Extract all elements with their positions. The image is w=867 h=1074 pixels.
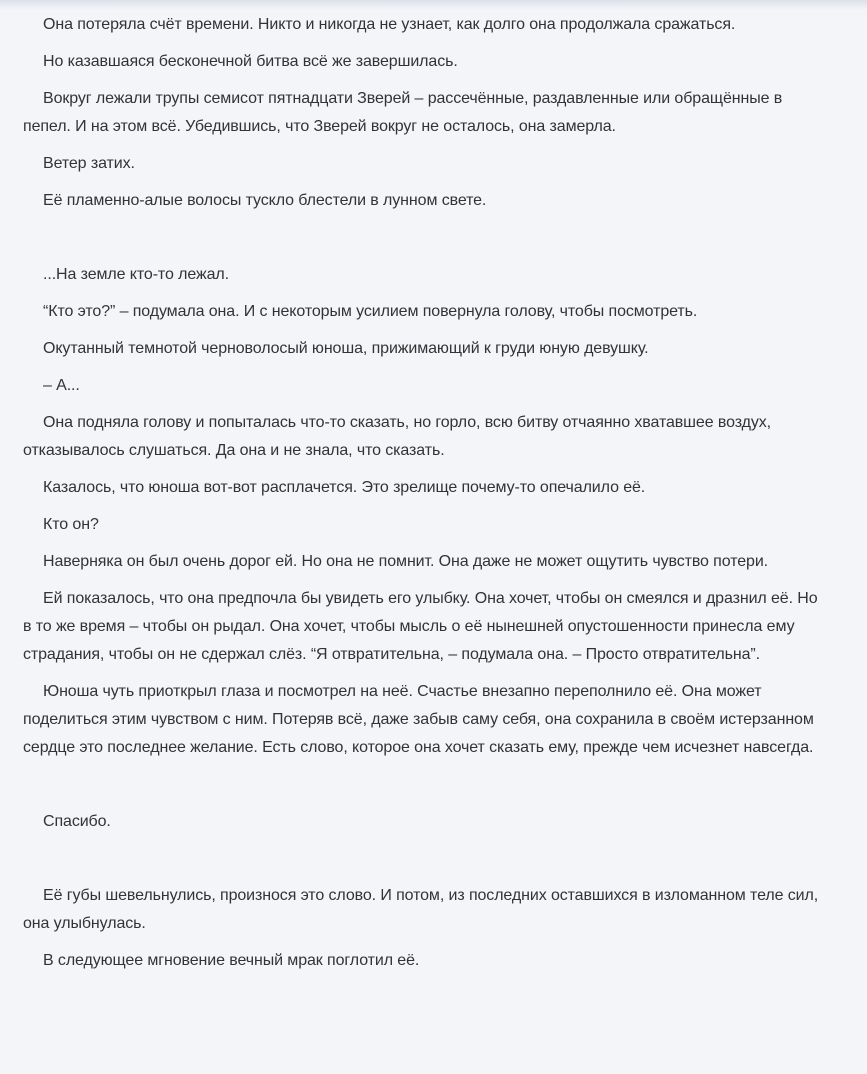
paragraph: Ей показалось, что она предпочла бы увид… [23,585,823,669]
paragraph: Ветер затих. [23,150,823,178]
paragraph: Её губы шевельнулись, произнося это слов… [23,882,823,938]
paragraph: Спасибо. [23,808,823,836]
paragraph: ...На земле кто-то лежал. [23,261,823,289]
paragraph: Но казавшаяся бесконечной битва всё же з… [23,48,823,76]
paragraph: Её пламенно-алые волосы тускло блестели … [23,187,823,215]
top-shadow [0,0,867,10]
paragraph: Наверняка он был очень дорог ей. Но она … [23,548,823,576]
empty-paragraph [23,845,823,873]
chapter-text: Она потеряла счёт времени. Никто и никог… [23,11,823,984]
paragraph: Она подняла голову и попыталась что-то с… [23,409,823,465]
paragraph: В следующее мгновение вечный мрак поглот… [23,947,823,975]
paragraph: “Кто это?” – подумала она. И с некоторым… [23,298,823,326]
paragraph: Окутанный темнотой черноволосый юноша, п… [23,335,823,363]
paragraph: – А... [23,372,823,400]
paragraph: Она потеряла счёт времени. Никто и никог… [23,11,823,39]
paragraph: Казалось, что юноша вот-вот расплачется.… [23,474,823,502]
paragraph: Вокруг лежали трупы семисот пятнадцати З… [23,85,823,141]
paragraph: Юноша чуть приоткрыл глаза и посмотрел н… [23,678,823,762]
empty-paragraph [23,771,823,799]
empty-paragraph [23,224,823,252]
paragraph: Кто он? [23,511,823,539]
